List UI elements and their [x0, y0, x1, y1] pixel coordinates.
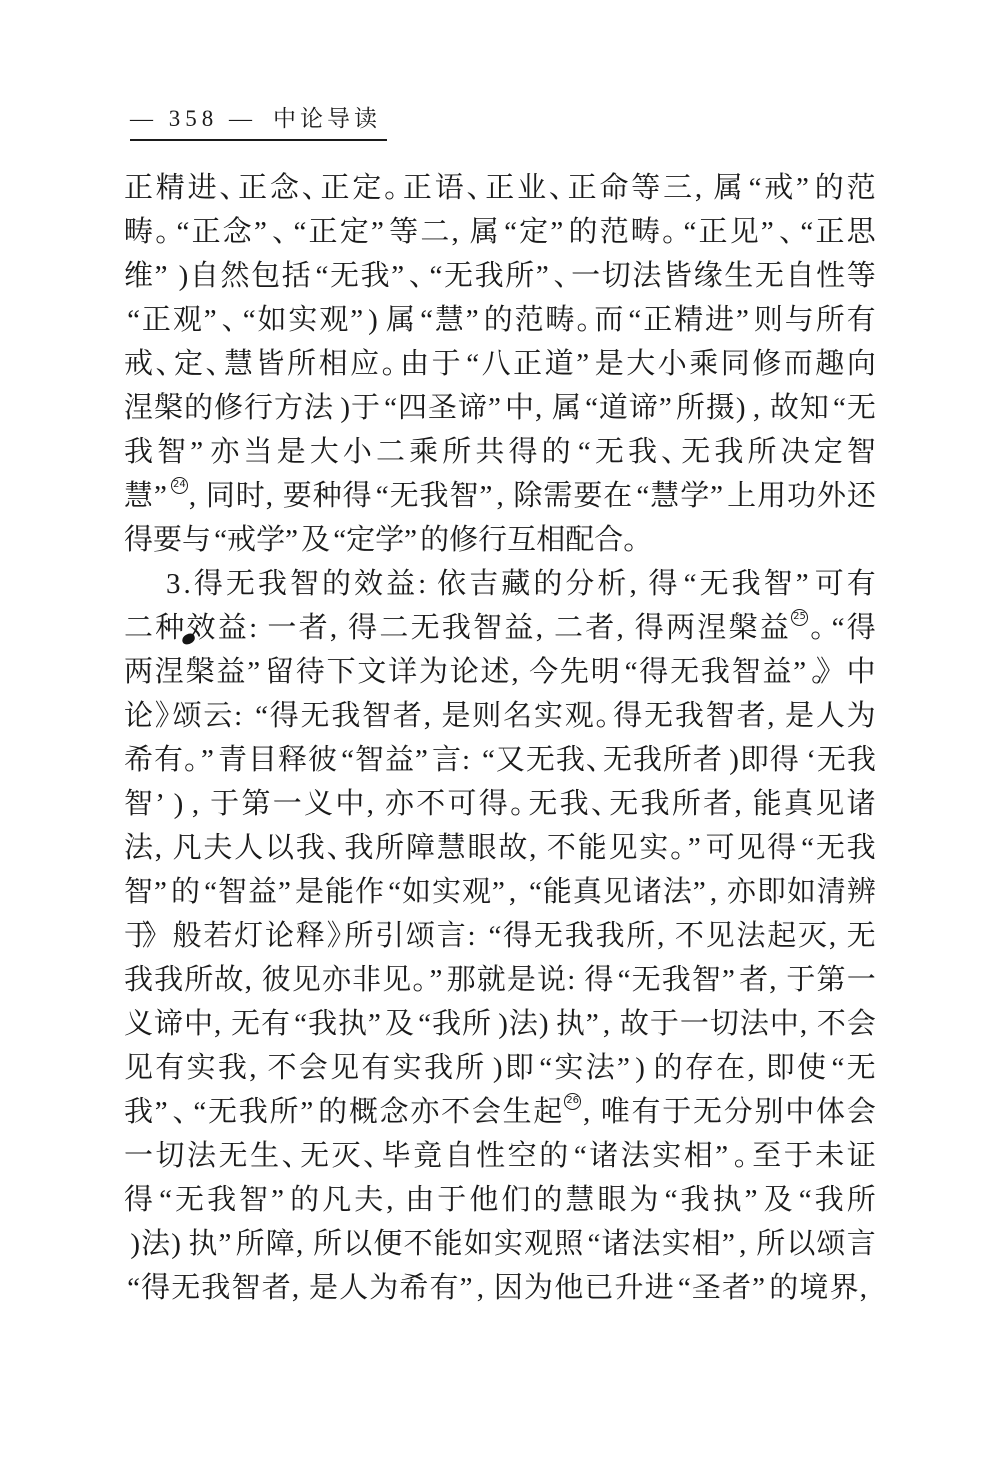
page-number: — 358 — — [130, 106, 257, 131]
text-line: 畴。“正念”、“正定”等二,属“定”的范畴。“正见”、“正思 — [124, 210, 876, 254]
text-line: 智”的“智益”是能作“如实观”,“能真见诸法”,亦即如清辨 — [124, 870, 876, 914]
text-line: 得“无我智”的凡夫,由于他们的慧眼为“我执”及“我所 — [124, 1178, 876, 1222]
text-line: 涅槃的修行方法(于“四圣谛”中,属“道谛”所摄),故知“无 — [124, 386, 876, 430]
text-line: 两涅槃益”留待下文详为论述,今先明“得无我智益”。《中 — [124, 650, 876, 694]
running-header: — 358 —中论导读 — [130, 106, 387, 141]
text-line: 希有。”青目释彼“智益”言:“又无我、无我所者(即得‘无我 — [124, 738, 876, 782]
book-page: — 358 —中论导读 正精进、正念、正定。正语、正业、正命等三,属“戒”的范畴… — [0, 0, 983, 1479]
text-line: 正精进、正念、正定。正语、正业、正命等三,属“戒”的范 — [124, 166, 876, 210]
text-line: (法)执”所障,所以便不能如实观照“诸法实相”,所以颂言 — [124, 1222, 876, 1266]
book-title: 中论导读 — [273, 106, 381, 131]
body-text: 正精进、正念、正定。正语、正业、正命等三,属“戒”的范畴。“正念”、“正定”等二… — [124, 166, 876, 1310]
text-line: 3.得无我智的效益:依吉藏的分析,得“无我智”可有 — [124, 562, 876, 606]
text-line: 二种效益:一者,得二无我智益,二者,得两涅槃益25。“得 — [124, 606, 876, 650]
text-line: 慧”24,同时,要种得“无我智”,除需要在“慧学”上用功外还 — [124, 474, 876, 518]
text-line: 戒、定、慧皆所相应。由于“八正道”是大小乘同修而趣向 — [124, 342, 876, 386]
text-line: 于《般若灯论释》所引颂言:“得无我我所,不见法起灭,无 — [124, 914, 876, 958]
text-line: 得要与“戒学”及“定学”的修行互相配合。 — [124, 518, 876, 562]
text-line: 我我所故,彼见亦非见。”那就是说:得“无我智”者,于第一 — [124, 958, 876, 1002]
text-line: 维”(自然包括“无我”、“无我所”、一切法皆缘生无自性等 — [124, 254, 876, 298]
text-line: 法,凡夫人以我、我所障慧眼故,不能见实。”可见得“无我 — [124, 826, 876, 870]
footnote-marker: 24 — [171, 477, 188, 494]
text-line: “正观”、“如实观”)属“慧”的范畴。而“正精进”则与所有 — [124, 298, 876, 342]
text-line: 见有实我,不会见有实我所(即“实法”)的存在,即使“无 — [124, 1046, 876, 1090]
footnote-marker: 25 — [791, 609, 808, 626]
text-line: 论》颂云:“得无我智者,是则名实观。得无我智者,是人为 — [124, 694, 876, 738]
text-line: “得无我智者,是人为希有”,因为他已升进“圣者”的境界, — [124, 1266, 876, 1310]
text-line: 我”、“无我所”的概念亦不会生起26,唯有于无分别中体会 — [124, 1090, 876, 1134]
text-line: 一切法无生、无灭、毕竟自性空的“诸法实相”。至于未证 — [124, 1134, 876, 1178]
footnote-marker: 26 — [564, 1093, 581, 1110]
text-line: 智’),于第一义中,亦不可得。无我、无我所者,能真见诸 — [124, 782, 876, 826]
text-line: 我智”亦当是大小二乘所共得的“无我、无我所决定智 — [124, 430, 876, 474]
text-line: 义谛中,无有“我执”及“我所(法)执”,故于一切法中,不会 — [124, 1002, 876, 1046]
